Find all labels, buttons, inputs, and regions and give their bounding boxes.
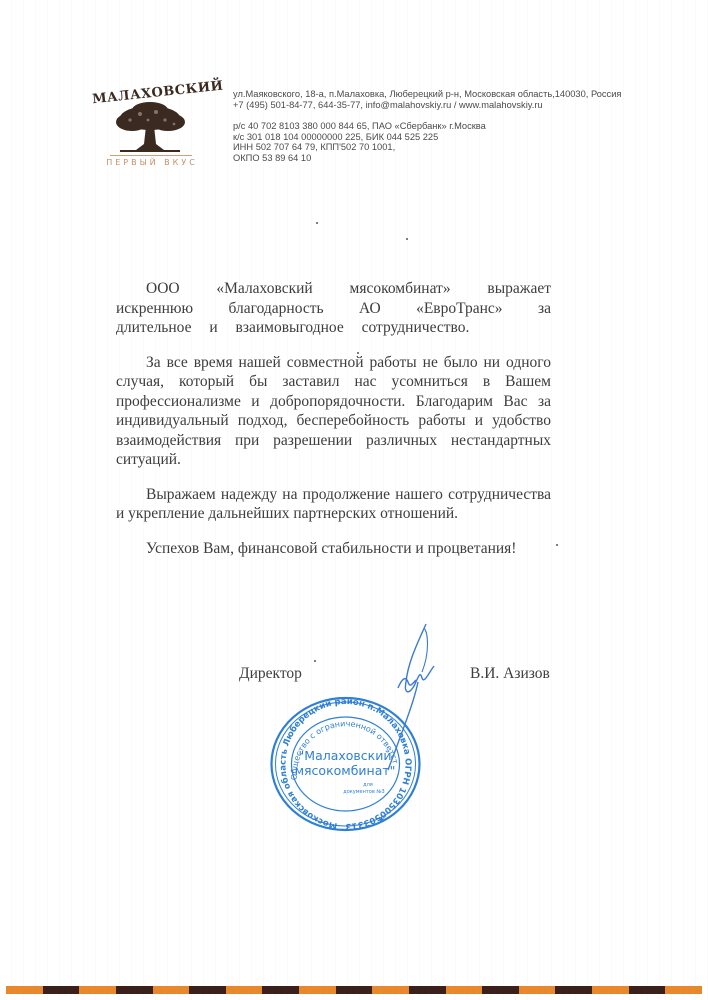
signatory-title: Директор xyxy=(239,665,302,683)
company-logo: МАЛАХОВСКИЙ ПЕРВЫЙ ВКУС xyxy=(88,84,216,174)
bank-account: р/с 40 702 8103 380 000 844 65, ПАО «Сбе… xyxy=(233,121,653,132)
decorative-bottom-strip xyxy=(6,986,702,994)
paragraph-gratitude: ООО «Малаховский мясокомбинат» выражает … xyxy=(116,279,551,338)
paragraph-hope: Выражаем надежду на продолжение нашего с… xyxy=(116,485,551,524)
oak-tree-icon xyxy=(110,100,190,155)
paragraph-wishes: Успехов Вам, финансовой стабильности и п… xyxy=(116,539,551,559)
signatory-name: В.И. Азизов xyxy=(470,665,550,683)
inn-kpp: ИНН 502 707 64 79, КПП'502 70 1001, xyxy=(233,142,653,153)
stamp-center-line1: "Малаховский xyxy=(299,748,392,763)
logo-tagline: ПЕРВЫЙ ВКУС xyxy=(88,158,216,167)
stamp-center-line2: мясокомбинат" xyxy=(295,763,396,778)
letterhead-details: ул.Маяковского, 18-а, п.Малаховка, Любер… xyxy=(233,89,653,164)
company-stamp: Московская область Люберецкий район п.Ма… xyxy=(268,694,423,834)
company-address: ул.Маяковского, 18-а, п.Малаховка, Любер… xyxy=(233,89,653,100)
stamp-small-text2: документов №3 xyxy=(343,789,385,795)
correspondent-account: к/с 301 018 104 00000000 225, БИК 044 52… xyxy=(233,132,653,143)
svg-text:★: ★ xyxy=(378,815,385,824)
company-contacts: +7 (495) 501-84-77, 644-35-77, info@mala… xyxy=(233,100,653,111)
letter-body: ООО «Малаховский мясокомбинат» выражает … xyxy=(116,279,551,558)
paragraph-cooperation: За все время нашей совместной работы не … xyxy=(116,353,551,470)
logo-divider xyxy=(110,155,192,156)
okpo: ОКПО 53 89 64 10 xyxy=(233,153,653,164)
stamp-small-text1: для xyxy=(363,782,373,788)
